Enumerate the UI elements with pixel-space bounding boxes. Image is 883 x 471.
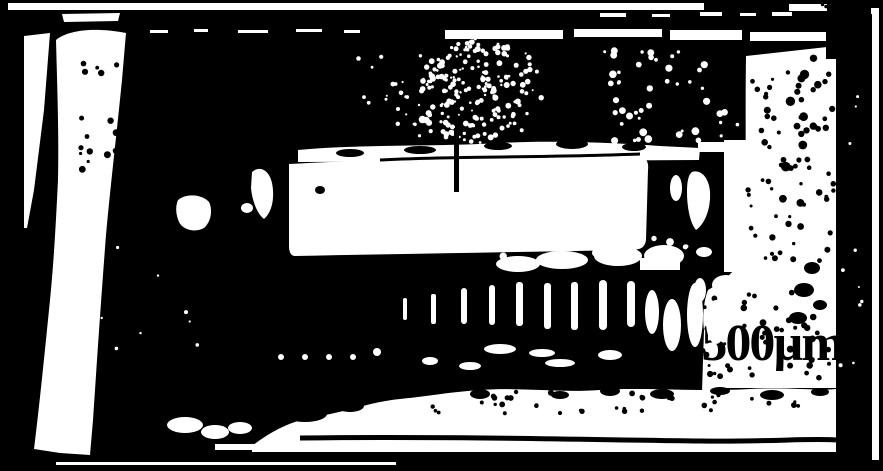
component-bright-patch (670, 175, 682, 201)
right-dark-band (836, 14, 872, 465)
bar-dark-speck (315, 186, 325, 194)
left-top-dash (62, 13, 120, 22)
corner-dark-blob (826, 15, 838, 59)
component-bit-1 (696, 247, 712, 257)
component-top-light (698, 142, 728, 152)
left-crescent-bit (241, 203, 253, 213)
annotation-down-arrow-icon (454, 128, 459, 192)
central-bright-bar (289, 157, 648, 256)
micrograph-figure: 500µm (0, 0, 883, 471)
left-bright-blob (176, 195, 211, 230)
micrograph-canvas: 500µm (0, 0, 883, 471)
